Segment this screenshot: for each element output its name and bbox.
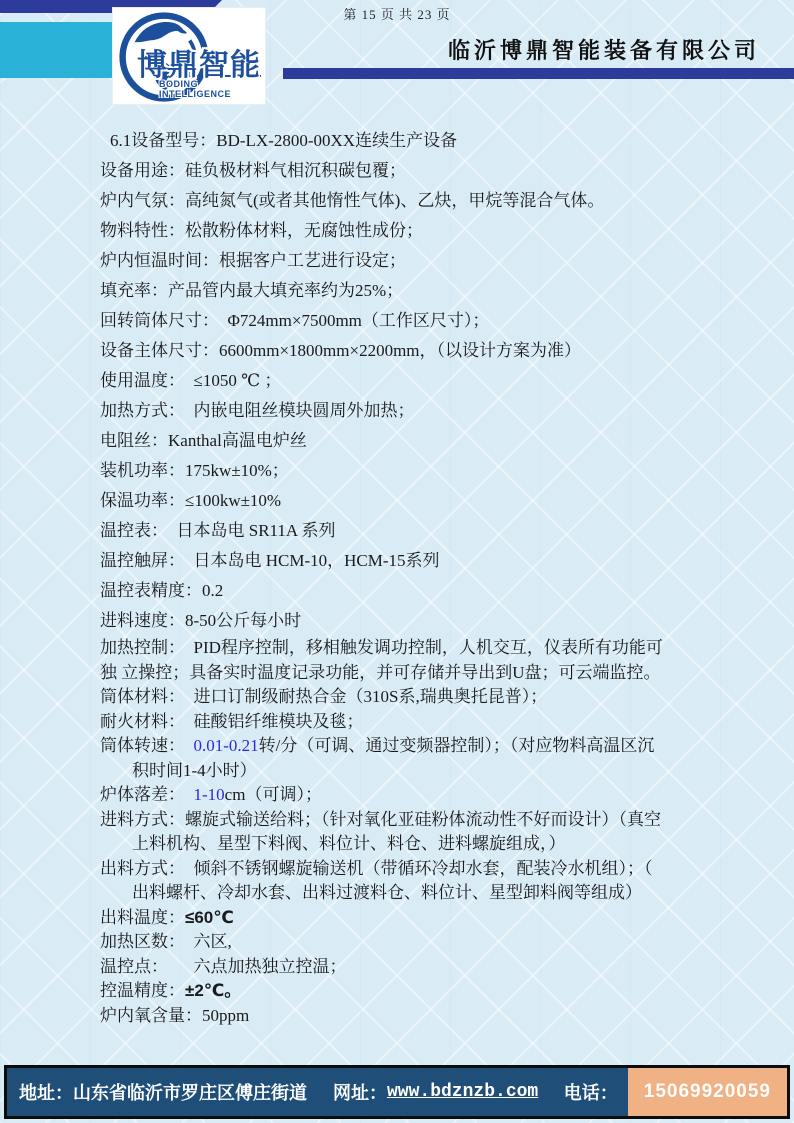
spec-line-segment: ±2℃。 [185, 981, 241, 1000]
spec-line: 回转筒体尺寸： Φ724mm×7500mm（工作区尺寸）； [100, 306, 794, 336]
company-logo: 博鼎智能 BODING INTELLIGENCE [113, 8, 265, 104]
spec-line: 保温功率：≤100kw±10% [100, 486, 794, 516]
footer-bar: 地址： 山东省临沂市罗庄区傅庄街道 网址： www.bdznzb.com 电话：… [4, 1065, 790, 1119]
spec-line-segment: 炉体落差： [100, 785, 194, 804]
spec-line-segment: 填充率：产品管内最大填充率约为25%； [100, 281, 403, 300]
spec-line: 温控点： 六点加热独立控温； [100, 955, 794, 980]
spec-line: 耐火材料： 硅酸铝纤维模块及毯； [100, 710, 794, 735]
spec-line: 上料机构、星型下料阀、料位计、料仓、进料螺旋组成，） [100, 832, 794, 857]
spec-line-segment: 炉内恒温时间：根据客户工艺进行设定； [100, 251, 406, 270]
spec-line: 出料螺杆、冷却水套、出料过渡料仓、料位计、星型卸料阀等组成） [100, 881, 794, 906]
website-link[interactable]: www.bdznzb.com [387, 1082, 538, 1102]
spec-line-segment: 控温精度： [100, 981, 185, 1000]
spec-line-segment: 1-10 [194, 785, 225, 804]
spec-line: 温控触屏： 日本岛电 HCM-10，HCM-15系列 [100, 546, 794, 576]
spec-line-segment: 保温功率：≤100kw±10% [100, 491, 281, 510]
spec-line-segment: 转/分（可调、通过变频器控制）；（对应物料高温区沉 [259, 736, 655, 755]
spec-line: 设备用途：硅负极材料气相沉积碳包覆； [100, 156, 794, 186]
phone-number-badge: 15069920059 [628, 1068, 787, 1116]
spec-line-segment: 出料螺杆、冷却水套、出料过渡料仓、料位计、星型卸料阀等组成） [132, 883, 642, 902]
spec-line-segment: 0.01-0.21 [194, 736, 259, 755]
logo-text-en: BODING INTELLIGENCE [159, 79, 265, 99]
spec-line: 设备主体尺寸：6600mm×1800mm×2200mm，（以设计方案为准） [100, 336, 794, 366]
address-label: 地址： [19, 1079, 73, 1105]
spec-line: 积时间1-4小时） [100, 759, 794, 784]
spec-line: 6.1设备型号：BD-LX-2800-00XX连续生产设备 [100, 126, 794, 156]
spec-line: 筒体转速： 0.01-0.21转/分（可调、通过变频器控制）；（对应物料高温区沉 [100, 734, 794, 759]
spec-line-segment: 加热区数： 六区, [100, 932, 232, 951]
spec-line: 电阻丝：Kanthal高温电炉丝 [100, 426, 794, 456]
company-name: 临沂博鼎智能装备有限公司 [448, 34, 760, 65]
spec-line: 出料方式： 倾斜不锈钢螺旋输送机（带循环冷却水套，配装冷水机组）；（ [100, 857, 794, 882]
spec-line: 进料方式：螺旋式输送给料；（针对氧化亚硅粉体流动性不好而设计）（真空 [100, 808, 794, 833]
spec-line: 炉内氧含量：50ppm [100, 1004, 794, 1029]
spec-line: 温控表： 日本岛电 SR11A 系列 [100, 516, 794, 546]
spec-line: 进料速度：8-50公斤每小时 [100, 606, 794, 636]
spec-line-segment: 设备主体尺寸：6600mm×1800mm×2200mm，（以设计方案为准） [100, 341, 581, 360]
spec-line-segment: 使用温度： ≤1050 ℃ ； [100, 371, 281, 390]
phone-label: 电话： [564, 1079, 618, 1105]
header-cyan-accent-block [0, 22, 112, 78]
spec-line-segment: 筒体转速： [100, 736, 194, 755]
spec-line-segment: 出料方式： 倾斜不锈钢螺旋输送机（带循环冷却水套，配装冷水机组）；（ [100, 859, 653, 878]
spec-line-segment: 出料温度： [100, 908, 185, 927]
spec-line: 加热方式： 内嵌电阻丝模块圆周外加热； [100, 396, 794, 426]
spec-line-segment: 上料机构、星型下料阀、料位计、料仓、进料螺旋组成，） [132, 834, 566, 853]
document-page: 第 15 页 共 23 页 博鼎智能 BODING INTELLIGENCE 临… [0, 0, 794, 1123]
spec-line-segment: cm（可调）； [225, 785, 322, 804]
spec-line: 炉内恒温时间：根据客户工艺进行设定； [100, 246, 794, 276]
footer-contact-info: 地址： 山东省临沂市罗庄区傅庄街道 网址： www.bdznzb.com [7, 1079, 538, 1105]
spec-line-segment: 加热控制： PID程序控制，移相触发调功控制，人机交互，仪表所有功能可 [100, 638, 663, 657]
website-label: 网址： [333, 1079, 387, 1105]
spec-line-segment: 温控表精度：0.2 [100, 581, 223, 600]
spec-line: 筒体材料： 进口订制级耐热合金（310S系,瑞典奥托昆普）； [100, 685, 794, 710]
spec-line-segment: 耐火材料： 硅酸铝纤维模块及毯； [100, 712, 364, 731]
address-value: 山东省临沂市罗庄区傅庄街道 [73, 1079, 307, 1105]
spec-line-segment: 进料方式：螺旋式输送给料；（针对氧化亚硅粉体流动性不好而设计）（真空 [100, 810, 661, 829]
spec-line-segment: 回转筒体尺寸： Φ724mm×7500mm（工作区尺寸）； [100, 311, 489, 330]
spec-lines: 6.1设备型号：BD-LX-2800-00XX连续生产设备设备用途：硅负极材料气… [0, 126, 794, 1028]
spec-line: 装机功率：175kw±10%； [100, 456, 794, 486]
spec-line-segment: 炉内气氛：高纯氮气(或者其他惰性气体)、乙炔，甲烷等混合气体。 [100, 191, 604, 210]
spec-line-segment: 加热方式： 内嵌电阻丝模块圆周外加热； [100, 401, 415, 420]
spec-line-segment: 电阻丝：Kanthal高温电炉丝 [100, 431, 307, 450]
spec-line-segment: 进料速度：8-50公斤每小时 [100, 611, 301, 630]
spec-line-segment: 物料特性：松散粉体材料，无腐蚀性成份； [100, 221, 423, 240]
spec-line: 加热区数： 六区, [100, 930, 794, 955]
spec-line: 填充率：产品管内最大填充率约为25%； [100, 276, 794, 306]
spec-line-segment: 设备用途：硅负极材料气相沉积碳包覆； [100, 161, 406, 180]
spec-line: 独 立操控；具备实时温度记录功能，并可存储并导出到U盘；可云端监控。 [100, 661, 794, 686]
spec-line-segment: 独 立操控；具备实时温度记录功能，并可存储并导出到U盘；可云端监控。 [100, 663, 661, 682]
spec-line-segment: 6.1设备型号：BD-LX-2800-00XX连续生产设备 [110, 131, 457, 150]
spec-line: 炉体落差： 1-10cm（可调）； [100, 783, 794, 808]
spec-line: 使用温度： ≤1050 ℃ ； [100, 366, 794, 396]
spec-line-segment: 装机功率：175kw±10%； [100, 461, 289, 480]
footer-phone-section: 电话： 15069920059 [564, 1068, 787, 1116]
spec-line-segment: 炉内氧含量：50ppm [100, 1006, 249, 1025]
spec-line: 温控表精度：0.2 [100, 576, 794, 606]
logo-text-cn: 博鼎智能 [137, 40, 261, 84]
spec-line-segment: ≤60℃ [185, 908, 234, 927]
header-divider-bar [283, 68, 794, 79]
spec-line: 炉内气氛：高纯氮气(或者其他惰性气体)、乙炔，甲烷等混合气体。 [100, 186, 794, 216]
spec-line-segment: 温控点： 六点加热独立控温； [100, 957, 347, 976]
spec-line-segment: 筒体材料： 进口订制级耐热合金（310S系,瑞典奥托昆普）； [100, 687, 547, 706]
spec-line: 出料温度：≤60℃ [100, 906, 794, 931]
spec-line-segment: 温控表： 日本岛电 SR11A 系列 [100, 521, 336, 540]
spec-line: 物料特性：松散粉体材料，无腐蚀性成份； [100, 216, 794, 246]
spec-line-segment: 积时间1-4小时） [132, 761, 257, 780]
spec-line: 控温精度：±2℃。 [100, 979, 794, 1004]
spec-line-segment: 温控触屏： 日本岛电 HCM-10，HCM-15系列 [100, 551, 440, 570]
spec-line: 加热控制： PID程序控制，移相触发调功控制，人机交互，仪表所有功能可 [100, 636, 794, 661]
